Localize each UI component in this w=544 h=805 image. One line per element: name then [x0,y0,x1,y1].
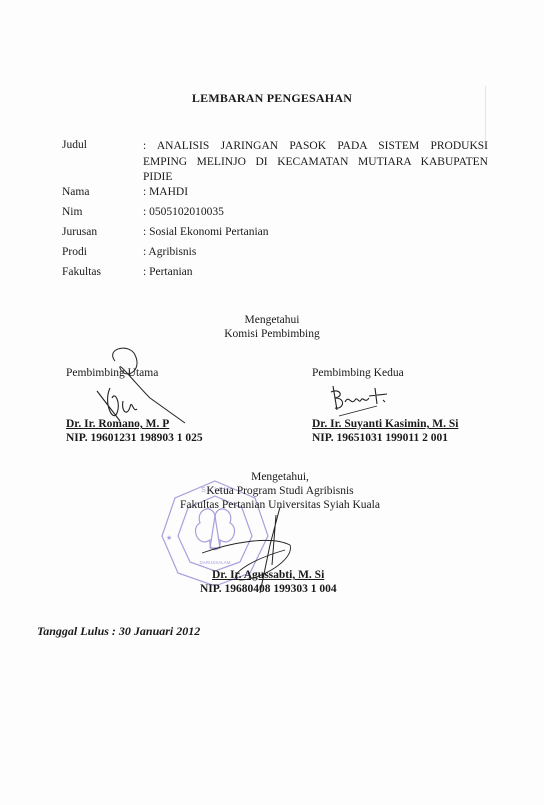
head-line2: Ketua Program Studi Agribisnis [150,484,410,498]
field-value: : 0505102010035 [143,206,488,218]
field-value: : Pertanian [143,266,488,278]
supervisor-1-nip: NIP. 19601231 198903 1 025 [66,432,203,444]
supervisor-2-name: Dr. Ir. Suyanti Kasimin, M. Si [312,418,458,430]
supervisor-2-role: Pembimbing Kedua [312,367,404,379]
supervisor-1-name: Dr. Ir. Romano, M. P [66,418,169,430]
document-title: LEMBARAN PENGESAHAN [0,91,544,106]
signature-head-of-program [200,505,300,595]
signature-supervisor-1 [85,343,195,425]
approval-heading: Mengetahui Komisi Pembimbing [0,313,544,341]
field-label: Fakultas [62,266,142,278]
head-line1: Mengetahui, [150,470,410,484]
field-label: Jurusan [62,226,142,238]
field-label: Judul [62,139,142,151]
graduation-date: Tanggal Lulus : 30 Januari 2012 [37,624,200,639]
head-of-program-nip: NIP. 19680408 199303 1 004 [200,583,337,595]
field-value: : ANALISIS JARINGAN PASOK PADA SISTEM PR… [143,139,488,186]
field-label: Nama [62,186,142,198]
field-label: Prodi [62,246,142,258]
field-value: : Agribisnis [143,246,488,258]
head-of-program-name: Dr. Ir. Agussabti, M. Si [212,569,324,581]
signature-supervisor-2 [325,382,405,418]
field-value: : MAHDI [143,186,488,198]
field-value: : Sosial Ekonomi Pertanian [143,226,488,238]
field-label: Nim [62,206,142,218]
svg-text:★: ★ [166,534,172,542]
supervisor-2-nip: NIP. 19651031 199011 2 001 [312,432,448,444]
approval-heading-line2: Komisi Pembimbing [0,327,544,341]
approval-heading-line1: Mengetahui [0,313,544,327]
